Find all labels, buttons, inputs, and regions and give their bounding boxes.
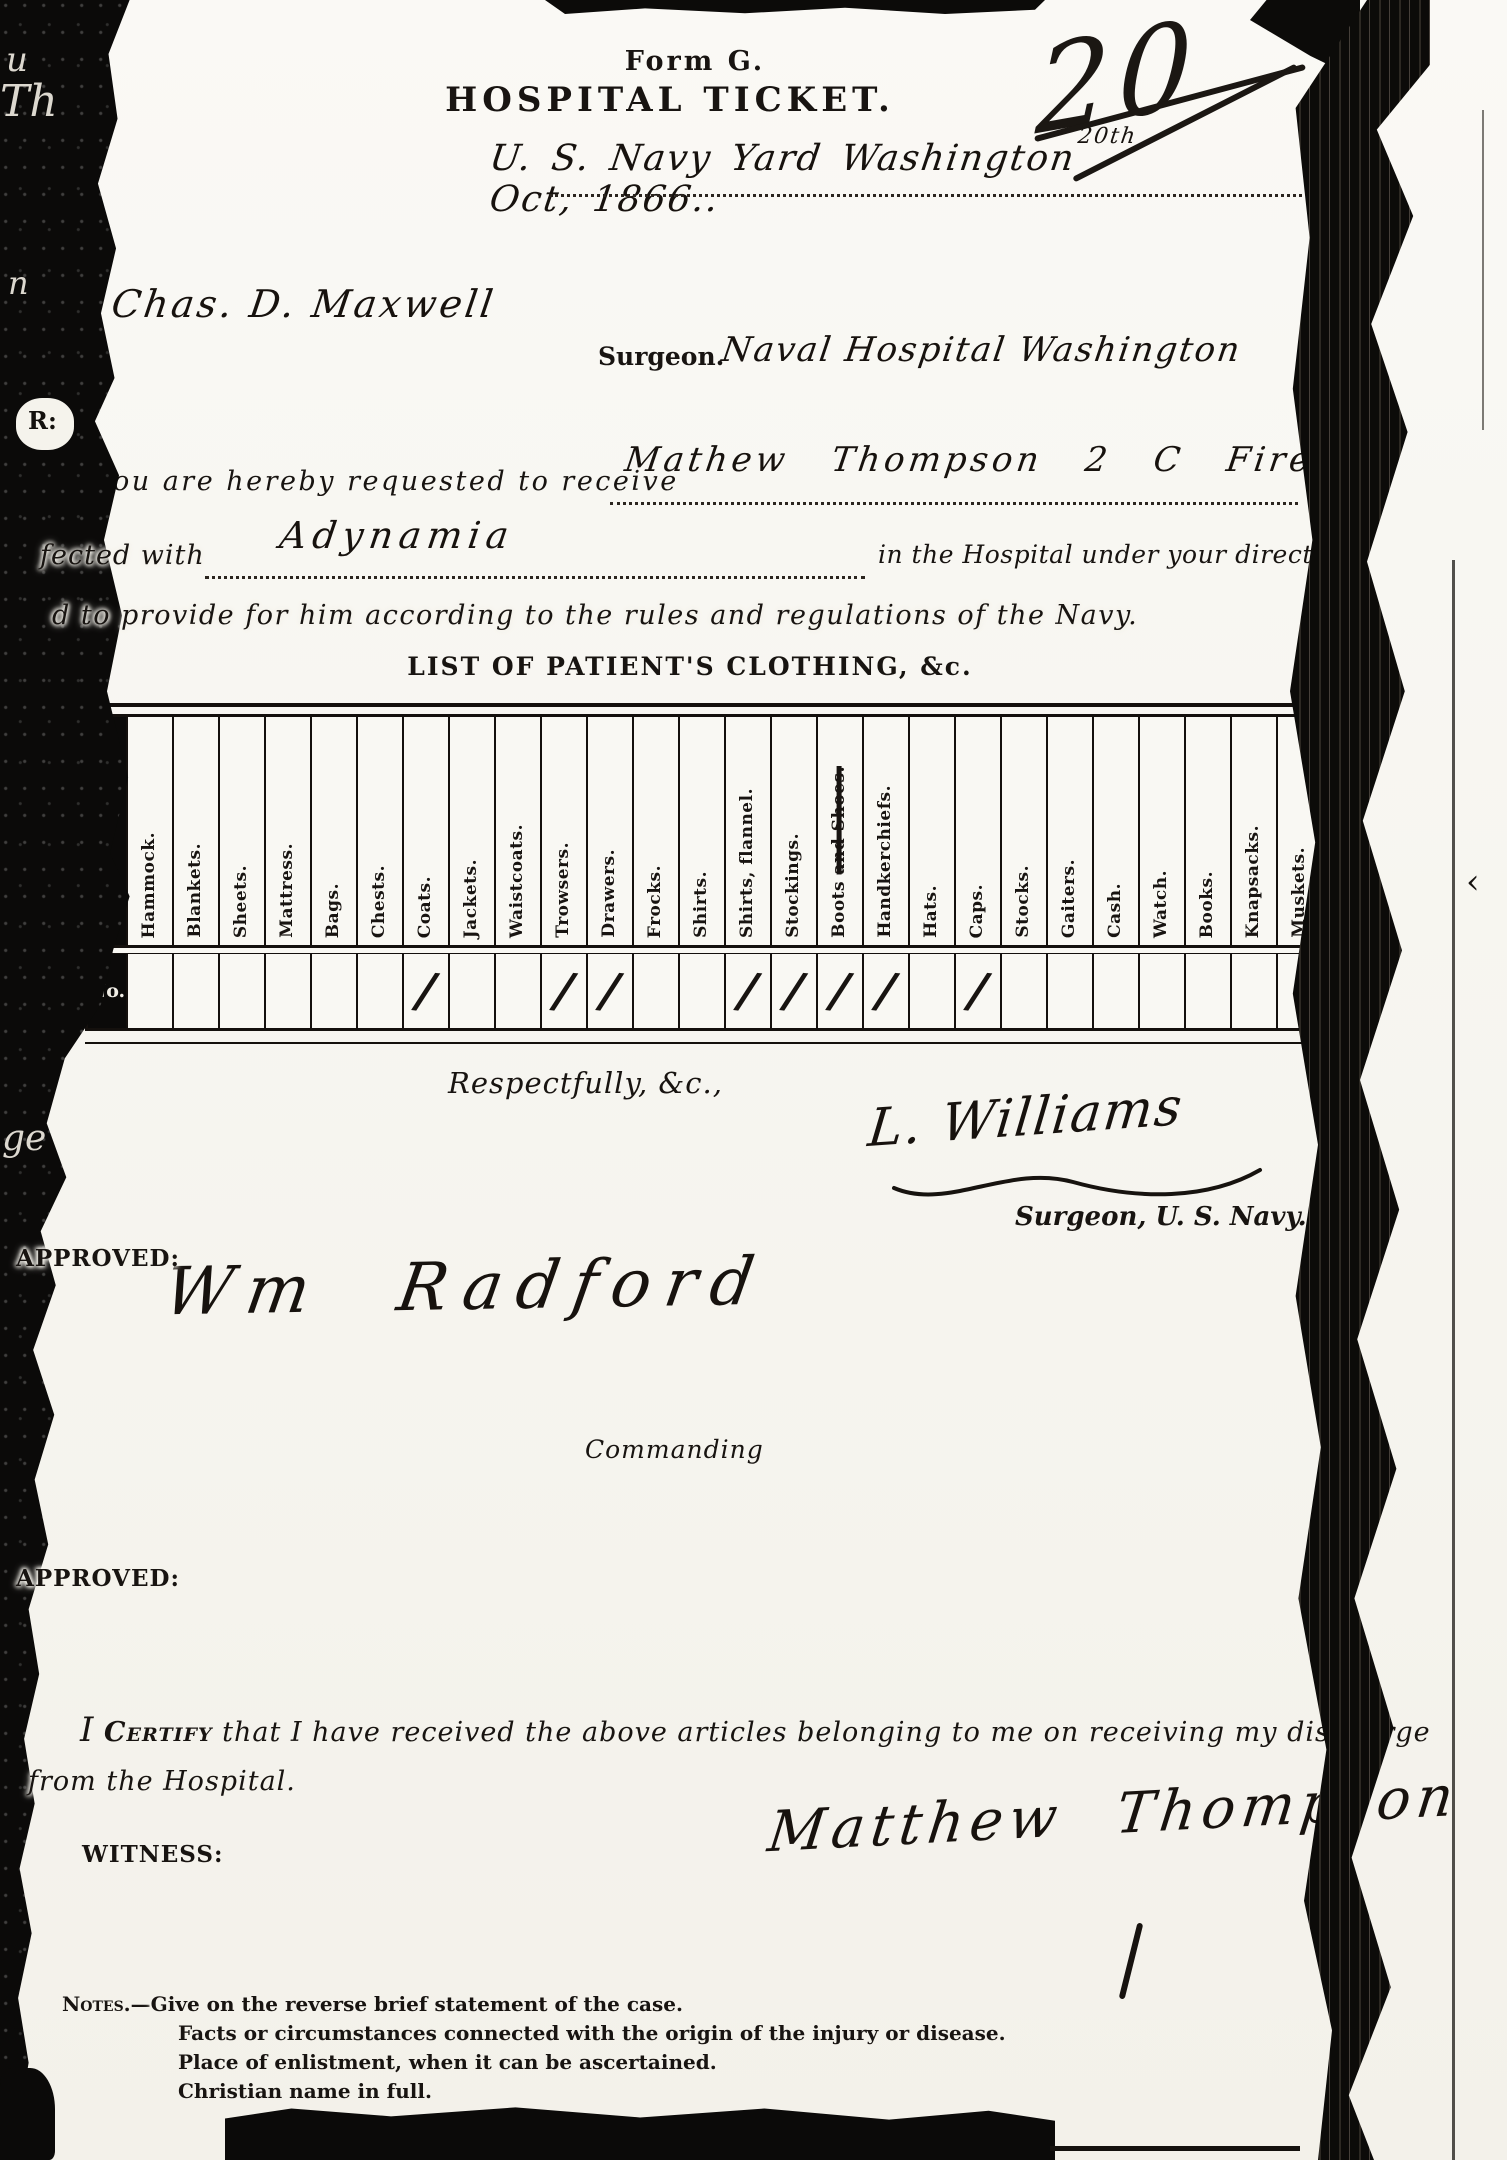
surgeon-signature: L. Williams <box>865 1077 1186 1160</box>
clothing-count-cell <box>356 954 402 1028</box>
clothing-column-header: Hats. <box>908 717 954 945</box>
form-number: Form G. <box>600 46 790 77</box>
scan-top-edge-artifact <box>545 0 1045 14</box>
clothing-column-header: Bags. <box>310 717 356 945</box>
patient-name-written: Mathew Thompson 2 C Fire <box>622 440 1316 480</box>
document-title: HOSPITAL TICKET. <box>420 80 920 120</box>
notes-label: Notes.— <box>62 1992 151 2016</box>
approved-label: APPROVED: <box>16 1245 180 1272</box>
clothing-column-header: Stocks. <box>1000 717 1046 945</box>
clothing-count-cell <box>632 954 678 1028</box>
scan-bottom-edge-artifact <box>225 2104 1055 2160</box>
clothing-column-header: Stockings. <box>770 717 816 945</box>
clothing-count-cell <box>448 954 494 1028</box>
clothing-column-header: Caps. <box>954 717 1000 945</box>
clothing-table: Hammock.Blankets.Sheets.Mattress.Bags.Ch… <box>85 714 1325 1031</box>
clothing-column-header: Shirts, flannel. <box>724 717 770 945</box>
surgeon-title-text: Surgeon, U. S. Navy. <box>1015 1202 1307 1232</box>
clothing-column-header: Coats. <box>402 717 448 945</box>
clothing-column-header: Blankets. <box>172 717 218 945</box>
clothing-count-cell <box>1184 954 1230 1028</box>
clothing-column-header: Cash. <box>1092 717 1138 945</box>
clothing-column-header: Shirts. <box>678 717 724 945</box>
certify-word: Certify <box>104 1717 213 1748</box>
notes-line-4: Christian name in full. <box>178 2079 432 2103</box>
clothing-count-cell: / <box>540 954 586 1028</box>
request-dotted-rule <box>610 502 1298 505</box>
clothing-count-cell <box>310 954 356 1028</box>
scan-margin-tick: ‹ <box>1466 862 1480 902</box>
addressee-name: Chas. D. Maxwell <box>109 282 499 326</box>
table-bottom-rule <box>85 1042 1325 1044</box>
clothing-column-header: Books. <box>1184 717 1230 945</box>
commander-signature: Wm Radford <box>159 1243 773 1331</box>
tally-mark: / <box>598 962 621 1020</box>
clothing-value-row: No. //////// <box>88 953 1322 1028</box>
clothing-count-cell <box>1046 954 1092 1028</box>
disease-dotted-rule <box>205 576 865 579</box>
clothing-count-cell: / <box>586 954 632 1028</box>
dateline-station: U. S. Navy Yard Washington <box>487 138 1078 179</box>
clothing-count-cell: / <box>954 954 1000 1028</box>
clothing-column-header: Frocks. <box>632 717 678 945</box>
scan-bottom-left-artifact <box>0 2068 55 2160</box>
clothing-count-cell <box>1000 954 1046 1028</box>
clothing-column-header: Watch. <box>1138 717 1184 945</box>
clothing-column-header: Boots and Shoes. <box>816 717 862 945</box>
clothing-column-header: Handkerchiefs. <box>862 717 908 945</box>
clothing-count-cell <box>264 954 310 1028</box>
margin-fragment: u <box>6 40 28 80</box>
tally-mark: / <box>828 962 851 1020</box>
clothing-count-cell <box>1138 954 1184 1028</box>
clothing-count-cell: / <box>724 954 770 1028</box>
affected-with-text: fected with <box>40 540 205 571</box>
margin-fragment: Th <box>0 76 58 127</box>
clothing-count-cell: / <box>402 954 448 1028</box>
addressee-title-label: Surgeon. <box>598 342 724 371</box>
clothing-column-header: Waistcoats. <box>494 717 540 945</box>
certification-line-1: I Certify that I have received the above… <box>80 1710 1431 1750</box>
disease-written: Adynamia <box>277 514 517 557</box>
table-row-separator <box>88 945 1322 953</box>
clothing-column-header: Chests. <box>356 717 402 945</box>
addressee-station: Naval Hospital Washington <box>719 330 1244 370</box>
provide-rules-text: d to provide for him according to the ru… <box>52 600 1138 631</box>
clothing-column-header: Knapsacks. <box>1230 717 1276 945</box>
clothing-column-header: Hammock. <box>126 717 172 945</box>
notes-line-3: Place of enlistment, when it can be asce… <box>178 2050 717 2074</box>
no-row-label: No. <box>88 954 126 1028</box>
hospital-ticket-scan: ‹ u Th n R: ge 20 Form G. HOSPITAL TICKE… <box>0 0 1507 2160</box>
margin-fragment: n <box>8 264 29 302</box>
certification-line-2: from the Hospital. <box>28 1766 296 1797</box>
certify-body: that I have received the above articles … <box>222 1717 1431 1748</box>
approved-label-2: APPROVED: <box>16 1565 180 1592</box>
clothing-count-cell <box>126 954 172 1028</box>
clothing-column-header: Trowsers. <box>540 717 586 945</box>
scan-fold-line-2 <box>1482 110 1484 430</box>
dateline-date: Oct, 1866.. <box>487 179 722 220</box>
clothing-count-cell <box>218 954 264 1028</box>
certify-initial: I <box>80 1710 94 1750</box>
margin-fragment: R: <box>28 406 57 435</box>
signature-flourish <box>888 1156 1268 1206</box>
clothing-count-cell <box>1092 954 1138 1028</box>
clothing-column-header: Sheets. <box>218 717 264 945</box>
no-column-header-cell <box>88 717 126 945</box>
request-receive-text: You are hereby requested to receive <box>95 466 679 497</box>
clothing-header-row: Hammock.Blankets.Sheets.Mattress.Bags.Ch… <box>88 717 1322 945</box>
clothing-column-header: Gaiters. <box>1046 717 1092 945</box>
clothing-count-cell <box>1230 954 1276 1028</box>
stray-pen-stroke <box>1119 1922 1144 1999</box>
tally-mark: / <box>552 962 575 1020</box>
tally-mark: / <box>736 962 759 1020</box>
scan-fold-line <box>1452 560 1455 2160</box>
clothing-count-cell <box>908 954 954 1028</box>
margin-fragment: ge <box>2 1118 46 1159</box>
clothing-column-header: Drawers. <box>586 717 632 945</box>
hospital-direction-text: in the Hospital under your direction. <box>878 540 1362 569</box>
notes-text-1: Give on the reverse brief statement of t… <box>151 1992 683 2016</box>
tally-mark: / <box>874 962 897 1020</box>
notes-line-1: Notes.—Give on the reverse brief stateme… <box>62 1992 683 2016</box>
table-top-rule <box>85 703 1325 707</box>
clothing-count-cell: / <box>816 954 862 1028</box>
witness-label: WITNESS: <box>82 1841 223 1868</box>
commanding-text: Commanding <box>585 1435 764 1464</box>
notes-line-2: Facts or circumstances connected with th… <box>178 2021 1006 2045</box>
clothing-count-cell: / <box>770 954 816 1028</box>
clothing-column-header: Mattress. <box>264 717 310 945</box>
clothing-count-cell <box>172 954 218 1028</box>
clothing-column-header: Jackets. <box>448 717 494 945</box>
dateline-dotted-rule <box>550 194 1302 197</box>
clothing-count-cell: / <box>862 954 908 1028</box>
tally-mark: / <box>414 962 437 1020</box>
clothing-count-cell <box>678 954 724 1028</box>
clothing-count-cell <box>494 954 540 1028</box>
scan-bottom-line-artifact <box>1050 2146 1300 2151</box>
page-number-text: 20 <box>1034 0 1203 162</box>
clothing-list-heading: LIST OF PATIENT'S CLOTHING, &c. <box>400 652 980 681</box>
tally-mark: / <box>966 962 989 1020</box>
respectfully-text: Respectfully, &c., <box>448 1066 723 1100</box>
tally-mark: / <box>782 962 805 1020</box>
